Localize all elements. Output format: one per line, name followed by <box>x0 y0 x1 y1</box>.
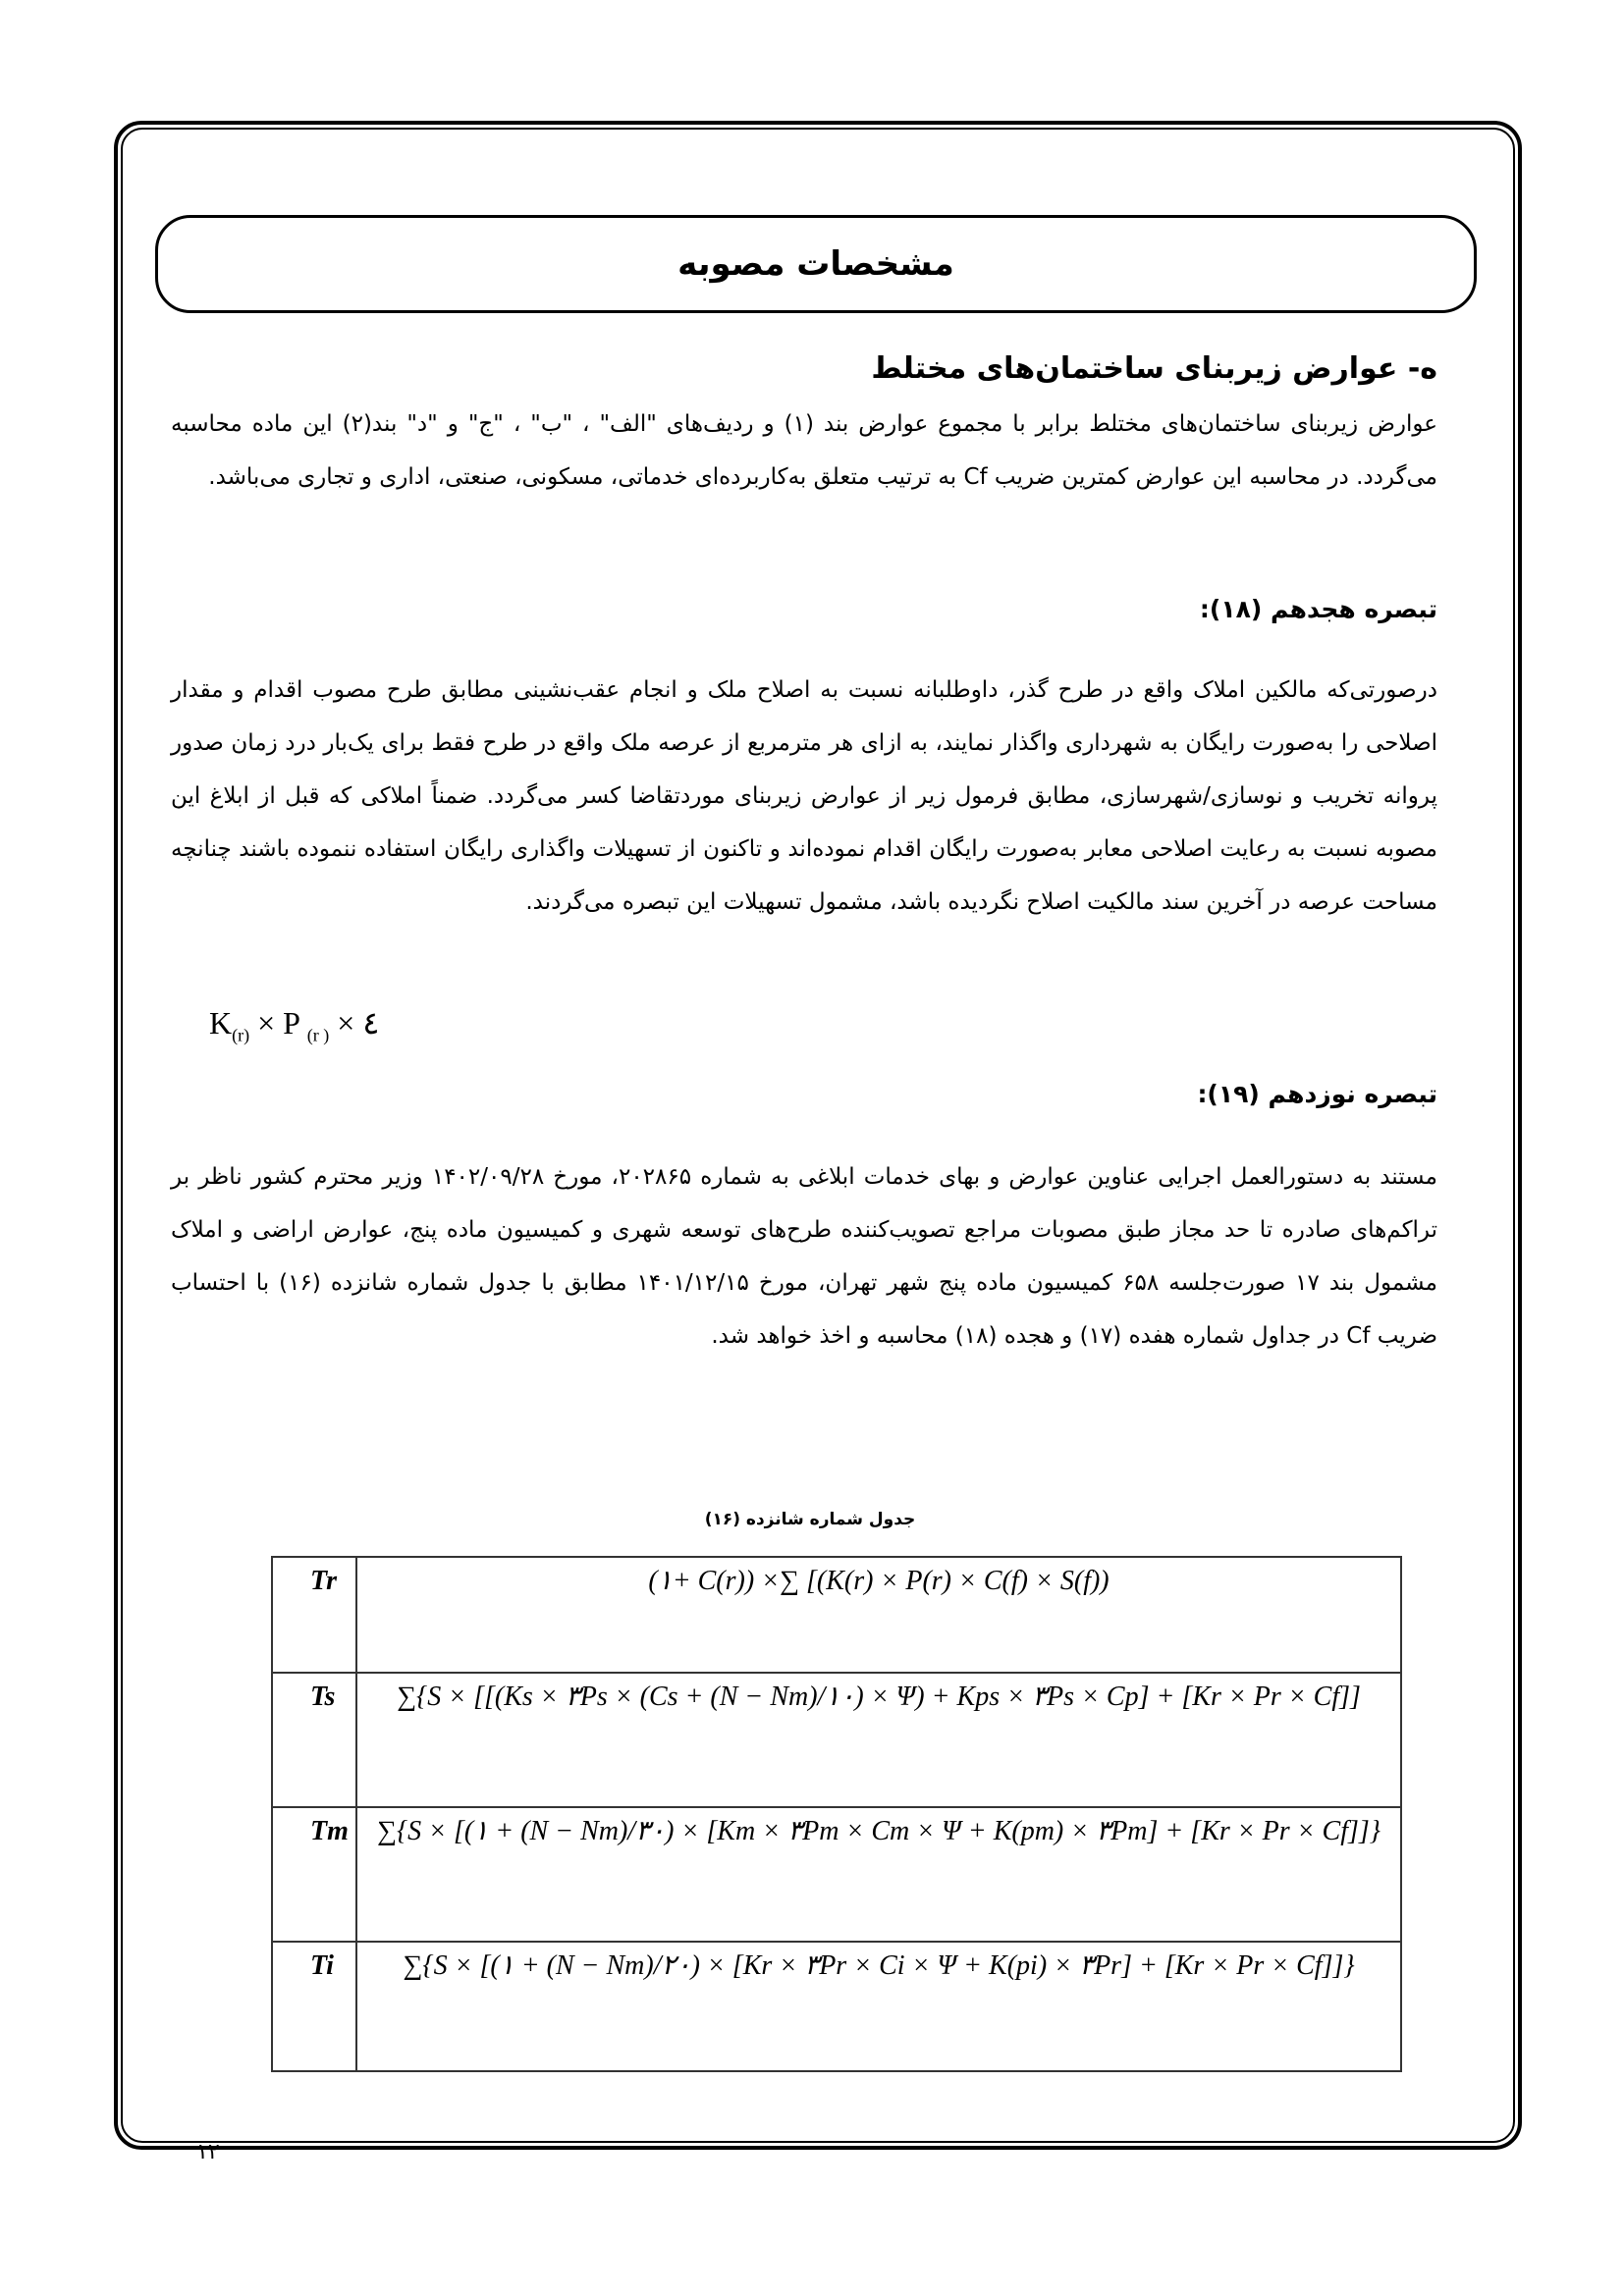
note-18-paragraph: درصورتی‌که مالکین املاک واقع در طرح گذر،… <box>171 664 1437 929</box>
note-18-formula: K(r) × P (r ) × ٤ <box>209 1004 379 1045</box>
section-h-paragraph: عوارض زیربنای ساختمان‌های مختلط برابر با… <box>171 398 1437 504</box>
row-label: Ts <box>272 1673 356 1807</box>
row-formula: ∑{S × [(۱ + (N − Nm)/۳۰) × [Km × ۳Pm × C… <box>356 1807 1401 1942</box>
formula-table: Tr (۱+ C(r)) ×∑ [(K(r) × P(r) × C(f) × S… <box>271 1556 1402 2072</box>
page-title-box: مشخصات مصوبه <box>155 215 1477 313</box>
note-18-heading: تبصره هجدهم (۱۸): <box>171 595 1437 623</box>
page-number: ۱۲ <box>196 2140 220 2164</box>
note-19-heading: تبصره نوزدهم (۱۹): <box>171 1080 1437 1108</box>
row-label: Tr <box>272 1557 356 1673</box>
row-label: Ti <box>272 1942 356 2071</box>
note-19-paragraph: مستند به دستورالعمل اجرایی عناوین عوارض … <box>171 1150 1437 1362</box>
table-row: Ti ∑{S × [(۱ + (N − Nm)/۲۰) × [Kr × ۳Pr … <box>272 1942 1401 2071</box>
table-row: Tr (۱+ C(r)) ×∑ [(K(r) × P(r) × C(f) × S… <box>272 1557 1401 1673</box>
table-16-caption: جدول شماره شانزده (۱۶) <box>589 1510 1031 1529</box>
table-row: Tm ∑{S × [(۱ + (N − Nm)/۳۰) × [Km × ۳Pm … <box>272 1807 1401 1942</box>
row-formula: (۱+ C(r)) ×∑ [(K(r) × P(r) × C(f) × S(f)… <box>356 1557 1401 1673</box>
row-formula: ∑{S × [(۱ + (N − Nm)/۲۰) × [Kr × ۳Pr × C… <box>356 1942 1401 2071</box>
row-formula: ∑{S × [[(Ks × ۳Ps × (Cs + (N − Nm)/۱۰) ×… <box>356 1673 1401 1807</box>
section-h-heading: ه- عوارض زیربنای ساختمان‌های مختلط <box>171 351 1437 386</box>
page-title: مشخصات مصوبه <box>677 244 954 284</box>
table-row: Ts ∑{S × [[(Ks × ۳Ps × (Cs + (N − Nm)/۱۰… <box>272 1673 1401 1807</box>
row-label: Tm <box>272 1807 356 1942</box>
